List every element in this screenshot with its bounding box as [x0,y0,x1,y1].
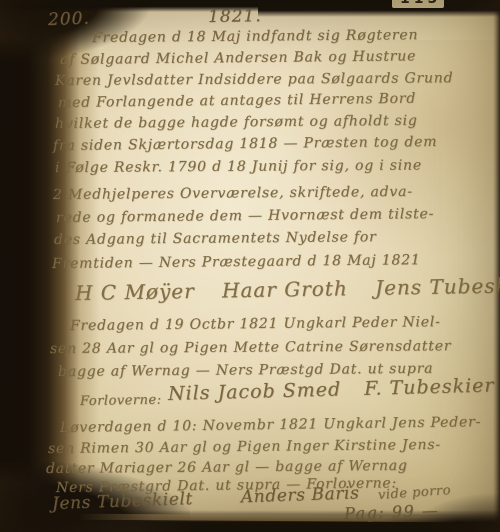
manuscript-photo: 115 200. 1821. Fredagen d 18 Maj indfand… [0,0,500,532]
photo-vignette [0,0,500,532]
